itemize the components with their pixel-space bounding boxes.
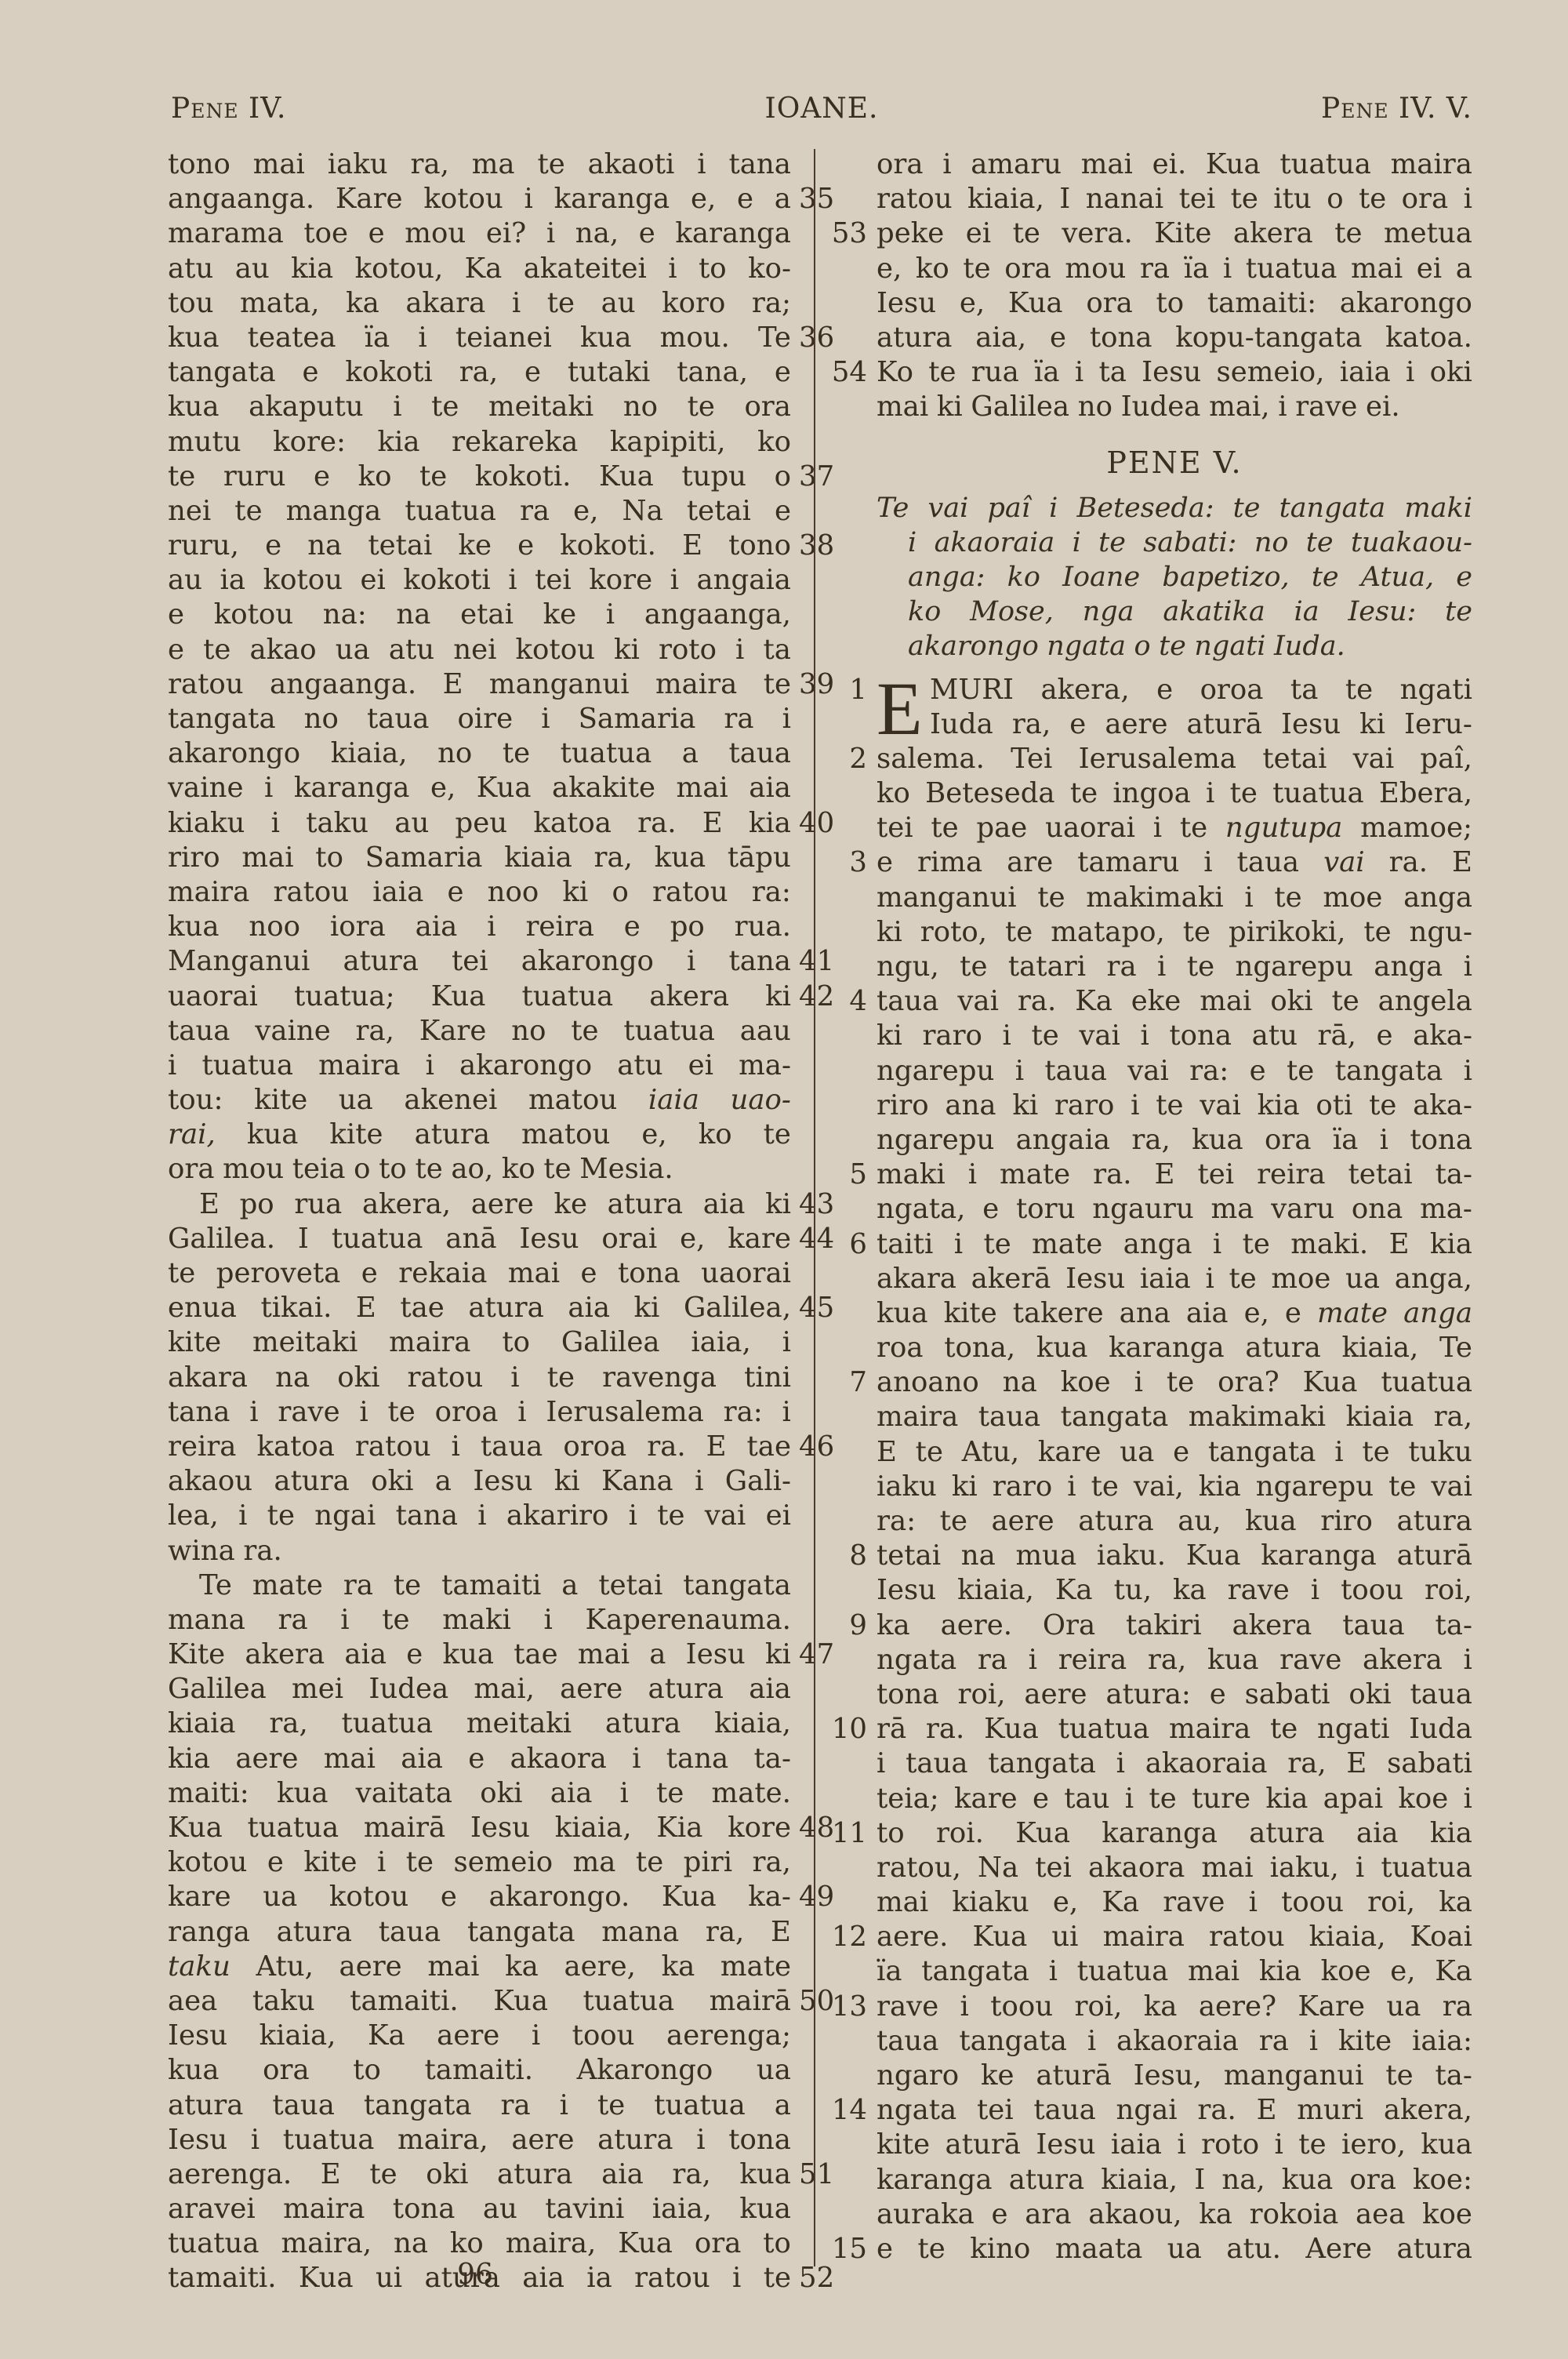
text-line: kuateateaïaiteianeikuamou.Te36: [168, 321, 791, 355]
text-line: ratouangaanga.Emanganuimairate39: [168, 667, 791, 702]
text-line: Iudara,eaereaturāIesukiIeru-: [877, 707, 1472, 742]
text-line: tonaroi,aereatura:esabatiokitaua: [877, 1677, 1472, 1712]
text-line: kaaere.Oratakiriakeratauata-9: [877, 1608, 1472, 1643]
text-line: koBetesedateingoaitetuatuaEbera,: [877, 776, 1472, 811]
text-line: teia;kareetauiteturekiaapaikoei: [877, 1782, 1472, 1816]
verse-number: 46: [799, 1430, 846, 1464]
verse-number: 7: [812, 1365, 867, 1400]
text-line: akaouaturaokiaIesukiKanaiGali-: [168, 1464, 791, 1499]
text-line: riroanakiraroitevaikiaotiteaka-: [877, 1089, 1472, 1123]
verse-number: 8: [812, 1539, 867, 1573]
text-line: kitemeitakimairatoGalileaiaia,i: [168, 1325, 791, 1360]
text-line: kiroto,tematapo,tepirikoki,tengu-: [877, 915, 1472, 950]
text-line: tuatuamaira,nakomaira,Kuaorato: [168, 2226, 791, 2261]
text-line: toumata,kaakaraiteaukorora;: [168, 286, 791, 321]
verse-number: 35: [799, 182, 846, 216]
text-line: Temateratetamaitiatetaitangata: [168, 1568, 791, 1603]
text-line: aerenga.Eteokiaturaaiara,kua51: [168, 2157, 791, 2192]
text-line: pekeeitevera.Kiteakeratemetua53: [877, 216, 1472, 251]
verse-number: 36: [799, 321, 846, 355]
text-line: ïatangataituatuamaikiakoee,Ka: [877, 1954, 1472, 1989]
text-line: GalileameiIudeamai,aereaturaaia: [168, 1672, 791, 1707]
text-line: ngata,etorungaurumavaruonama-: [877, 1192, 1472, 1227]
text-line: auiakotoueikokotiiteikoreiangaia: [168, 563, 791, 598]
page-number: 96: [436, 2259, 514, 2291]
text-line: ituatuamairaiakarongoatueima-: [168, 1049, 791, 1083]
text-line: itauatangataiakaoraiara,Esabati: [877, 1747, 1472, 1781]
text-line: Iesukiaia,Katu,karaveitoouroi,: [877, 1573, 1472, 1608]
text-line: ngu,tetatariraitengarepuangai: [877, 950, 1472, 984]
text-line: ratoukiaia,Inanaiteiteituoteorai: [877, 182, 1472, 216]
summary-line: akarongongataotengatiIuda.: [877, 629, 1472, 663]
text-line: tou:kiteuaakeneimatouiaiauao-: [168, 1083, 791, 1118]
text-line: kuakitetakereanaaiae,emateanga: [877, 1296, 1472, 1331]
text-line: kiraroitevaiitonaaturā,eaka-: [877, 1019, 1472, 1053]
text-line: akaranaokiratouiteravengatini: [168, 1361, 791, 1395]
verse-number: 9: [812, 1608, 867, 1643]
text-line: KiteakeraaiaekuataemaiaIesuki47: [168, 1637, 791, 1672]
text-line: anoanonakoeiteora?Kuatuatua7: [877, 1365, 1472, 1400]
text-line: kareuakotoueakarongo.Kuaka-49: [168, 1880, 791, 1914]
text-line: kiakuitakuaupeukatoara.Ekia40: [168, 806, 791, 841]
text-line: tauavainera,Karenotetuatuaaau: [168, 1014, 791, 1049]
text-line: kuaakaputuitemeitakinoteora: [168, 390, 791, 424]
text-line: toroi.Kuakarangaaturaaiakia11: [877, 1816, 1472, 1851]
text-line: Iesukiaia,Kaaereitoouaerenga;: [168, 2019, 791, 2053]
verse-number: 3: [812, 845, 867, 880]
text-line: akarongokiaia,notetuatuaataua: [168, 736, 791, 771]
text-line: karangaaturakiaia,Ina,kuaorakoe:: [877, 2163, 1472, 2197]
verse-number: 51: [799, 2157, 846, 2192]
text-line: rai,kuakiteaturamatoue,kote: [168, 1118, 791, 1152]
verse-number: 1: [812, 673, 867, 707]
text-line: mutukore:kiarekarekakapipiti,ko: [168, 425, 791, 460]
text-line: taitiitemateangaitemaki.Ekia6: [877, 1227, 1472, 1262]
text-line: oramouteiaototeao,koteMesia.: [168, 1152, 791, 1187]
summary-line: iakaoraiaitesabati:notetuakaou-: [877, 525, 1472, 560]
chapter-4-ending: oraiamarumaiei.Kuatuatuamairaratoukiaia,…: [877, 147, 1472, 425]
text-line: kiaiara,tuatuameitakiaturakiaia,: [168, 1707, 791, 1741]
text-line: atuaukiakotou,Kaakateiteiitoko-: [168, 252, 791, 286]
verse-number: 40: [799, 806, 846, 841]
text-line: makiimatera.Eteireiratetaita-5: [877, 1158, 1472, 1192]
verse-number: 11: [812, 1816, 867, 1851]
text-line: Galilea.ItuatuaanāIesuoraie,kare44: [168, 1222, 791, 1256]
text-line: Iesue,Kuaoratotamaiti:akarongo: [877, 286, 1472, 321]
text-line: raveitoouroi,kaaere?Kareuara13: [877, 1990, 1472, 2024]
text-line: ngarokeaturāIesu,manganuiteta-: [877, 2059, 1472, 2093]
text-line: Manganuiaturateiakarongoitana41: [168, 944, 791, 979]
text-line: aere.Kuauimairaratoukiaia,Koai12: [877, 1920, 1472, 1954]
text-line: aturaaia,etonakopu-tangatakatoa.: [877, 321, 1472, 355]
text-line: teperovetaerekaiamaietonauaorai: [168, 1256, 791, 1291]
verse-number: 53: [812, 216, 867, 251]
text-line: aeatakutamaiti.Kuatuatuamairā50: [168, 1984, 791, 2019]
text-line: tauatangataiakaoraiaraikiteiaia:: [877, 2024, 1472, 2059]
text-line: tauavaira.Kaekemaiokiteangela4: [877, 984, 1472, 1019]
text-line: takuAtu,aeremaikaaere,kamate: [168, 1950, 791, 1984]
text-line: etekinomaatauaatu.Aereatura15: [877, 2232, 1472, 2266]
text-line: winara.: [168, 1534, 791, 1568]
text-line: aturatauatangataraitetuatuaa: [168, 2088, 791, 2123]
right-column: oraiamarumaiei.Kuatuatuamairaratoukiaia,…: [877, 147, 1472, 2266]
text-line: tangatanotauaoireiSamariarai: [168, 702, 791, 736]
verse-number: 37: [799, 460, 846, 494]
text-line: akaraakerāIesuiaiaitemoeuaanga,: [877, 1262, 1472, 1296]
text-line: oraiamarumaiei.Kuatuatuamaira: [877, 147, 1472, 182]
text-line: ngatateitauangaira.Emuriakera,14: [877, 2093, 1472, 2128]
text-line: KuatuatuamairāIesukiaia,Kiakore48: [168, 1811, 791, 1845]
chapter-heading: PENE V.: [877, 439, 1472, 486]
text-line: ratou,Nateiakaoramaiiaku,ituatua: [877, 1851, 1472, 1885]
text-line: uaoraituatua;Kuatuatuaakeraki42: [168, 980, 791, 1014]
text-line: ngataraireirara,kuaraveakerai: [877, 1643, 1472, 1677]
text-line: ruru,enatetaikeekokoti.Etono38: [168, 529, 791, 563]
verse-number: 14: [812, 2093, 867, 2128]
text-line: e,koteoramouraïaituatuamaieia: [877, 252, 1472, 286]
text-line: manaraitemakiiKaperenauma.: [168, 1603, 791, 1637]
verse-number: 38: [799, 529, 846, 563]
text-line: eteakaouaatuneikotoukirotoita: [168, 633, 791, 667]
book-page: Pene IV. IOANE. Pene IV. V. tonomaiiakur…: [0, 0, 1568, 2359]
text-line: MURIakera,eoroatatengati1: [877, 673, 1472, 707]
text-line: rangaaturatauatangatamanara,E: [168, 1915, 791, 1950]
text-line: mairatauatangatamakimakikiaiara,: [877, 1400, 1472, 1434]
text-line: KoteruaïaitaIesusemeio,iaiaioki54: [877, 355, 1472, 390]
text-line: tangataekokotira,etutakitana,e: [168, 355, 791, 390]
text-line: erimaaretamaruitauavaira.E3: [877, 845, 1472, 880]
text-line: roatona,kuakarangaaturakiaia,Te: [877, 1331, 1472, 1365]
text-line: ra:teaereaturaau,kuariroatura: [877, 1504, 1472, 1539]
verse-number: 6: [812, 1227, 867, 1262]
running-head: Pene IV. IOANE. Pene IV. V.: [171, 93, 1472, 132]
text-line: kiaaeremaiaiaeakaoraitanata-: [168, 1742, 791, 1776]
text-line: maikiakue,Karaveitoouroi,ka: [877, 1885, 1472, 1920]
verse-number: 41: [799, 944, 846, 979]
chapter-5-text: E MURIakera,eoroatatengati1Iudara,eaerea…: [877, 673, 1472, 2267]
verse-number: 15: [812, 2232, 867, 2266]
verse-number: 45: [799, 1291, 846, 1325]
chapter-summary: TevaipaîiBeteseda:tetangatamakiiakaoraia…: [877, 491, 1472, 663]
text-line: Iesuituatuamaira,aereaturaitona: [168, 2123, 791, 2157]
text-line: manganuitemakimakiitemoeanga: [877, 881, 1472, 915]
text-line: maiti:kuavaitataokiaiaitemate.: [168, 1776, 791, 1811]
running-head-right: Pene IV. V.: [1321, 93, 1472, 125]
text-line: kiteaturāIesuiaiairotoiteiero,kua: [877, 2128, 1472, 2162]
text-line: rāra.KuatuatuamairatengatiIuda10: [877, 1712, 1472, 1747]
text-line: EteAtu,kareuaetangataitetuku: [877, 1435, 1472, 1470]
text-line: ekotouna:naetaikeiangaanga,: [168, 598, 791, 632]
text-line: kotouekiteitesemeiomatepirira,: [168, 1845, 791, 1880]
text-line: tonomaiiakura,mateakaotiitana: [168, 147, 791, 182]
verse-number: 10: [812, 1712, 867, 1747]
verse-number: 13: [812, 1990, 867, 2024]
text-line: aurakaearaakaou,karokoiaaeakoe: [877, 2197, 1472, 2232]
verse-number: 2: [812, 742, 867, 776]
summary-line: koMose,ngaakatikaiaIesu:te: [877, 594, 1472, 629]
left-column: tonomaiiakura,mateakaotiitanaangaanga.Ka…: [168, 147, 791, 2296]
text-line: maramatoeemouei?ina,ekaranga: [168, 216, 791, 251]
text-line: iakukiraroitevai,kiangareputevai: [877, 1470, 1472, 1504]
text-line: araveimairatonaautaviniiaia,kua: [168, 2192, 791, 2226]
text-line: angaanga.Karekotouikarangae,ea35: [168, 182, 791, 216]
text-line: neitemangatuatuarae,Natetaie: [168, 494, 791, 529]
text-line: kuaoratotamaiti.Akarongoua: [168, 2053, 791, 2088]
verse-number: 4: [812, 984, 867, 1019]
text-line: Eporuaakera,aerekeaturaaiaki43: [168, 1187, 791, 1222]
text-line: teruruekotekokoti.Kuatupuo37: [168, 460, 791, 494]
text-line: riromaitoSamariakiaiara,kuatāpu: [168, 841, 791, 875]
text-line: tanairaveiteoroaiIerusalemara:i: [168, 1395, 791, 1430]
text-line: teitepaeuaoraiitengutupamamoe;: [877, 811, 1472, 845]
text-line: kuanooioraaiaireiraeporua.: [168, 910, 791, 944]
text-line: mairaratouiaiaenookioratoura:: [168, 875, 791, 910]
running-head-title: IOANE.: [171, 93, 1472, 125]
text-line: lea,itengaitanaiakariroitevaiei: [168, 1499, 791, 1533]
text-line: maikiGalileanoIudeamai,iraveei.: [877, 390, 1472, 424]
text-line: tetainamuaiaku.Kuakarangaaturā8: [877, 1539, 1472, 1573]
summary-line: TevaipaîiBeteseda:tetangatamaki: [877, 491, 1472, 525]
text-line: salema.TeiIerusalematetaivaipaî,2: [877, 742, 1472, 776]
verse-number: 49: [799, 1880, 846, 1914]
text-line: ngarepuangaiara,kuaoraïaitona: [877, 1123, 1472, 1158]
text-line: ngarepuitauavaira:etetangatai: [877, 1054, 1472, 1089]
verse-number: 5: [812, 1158, 867, 1192]
verse-number: 54: [812, 355, 867, 390]
text-line: vaineikarangae,Kuaakakitemaiaia: [168, 771, 791, 805]
summary-line: anga:koIoanebapetizo,teAtua,e: [877, 560, 1472, 594]
text-line: enuatikai.EtaeaturaaiakiGalilea,45: [168, 1291, 791, 1325]
text-line: reirakatoaratouitauaoroara.Etae46: [168, 1430, 791, 1464]
verse-number: 12: [812, 1920, 867, 1954]
